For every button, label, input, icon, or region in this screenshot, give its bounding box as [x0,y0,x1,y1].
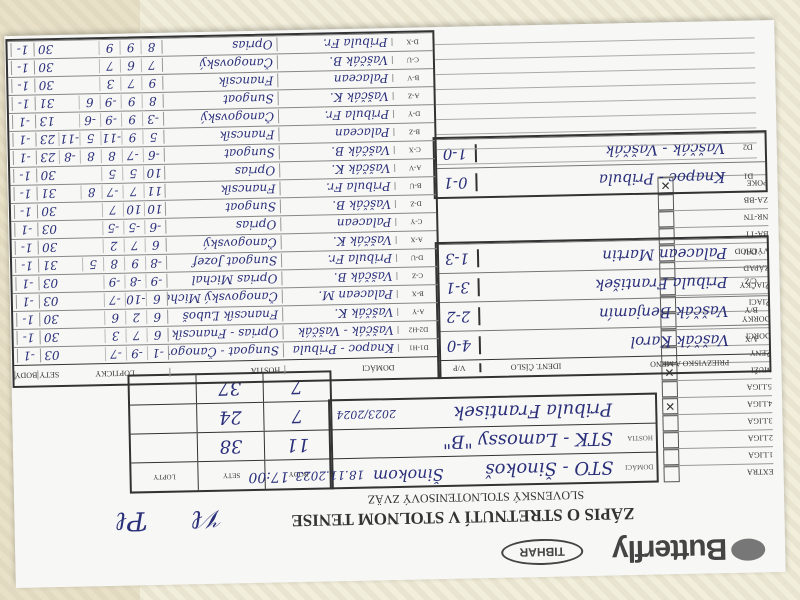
notes-lines [435,37,758,179]
tibhar-logo: TIBHAR [501,538,583,566]
venue: Šinokom [373,465,444,485]
checkbox[interactable] [663,466,679,482]
captain-signature: Ƥℓ [116,505,145,536]
home-balls-total [131,433,198,462]
home-label: DOMÁCI [613,463,656,472]
guest-label: HOSTIA [613,434,656,443]
category-4.liga: 4.LIGA✕ [662,395,772,414]
checkbox[interactable] [658,211,674,227]
scoresheet: Butterfly TIBHAR ZÁPIS O STRETNUTÍ V STO… [4,20,785,588]
referee-name: Pribula Frantisek [396,399,613,425]
match-date: 18.11.2023 [295,468,364,483]
category-extra: EXTRA [663,463,773,482]
checkbox[interactable] [662,415,678,431]
home-sets-total: 38 [197,432,265,461]
federation-name: SLOVENSKÝ STOLNOTENISOVÝ ZVÄZ [367,487,584,507]
category-5.liga: 5.LIGA [662,378,772,397]
guest-body-total: 7 [263,401,331,430]
checkbox[interactable] [658,194,674,210]
form-title: ZÁPIS O STRETNUTÍ V STOLNOM TENISE [291,503,634,530]
checkbox[interactable] [662,381,678,397]
guest-balls-total [130,404,197,433]
match-results-table: DOMÁCI HOSTIA LOPTICKY SETY BODY D1-H1Kn… [5,30,441,388]
butterfly-mark-icon [731,538,765,561]
home-col-header: DOMÁCI [284,363,399,374]
guest-team: STK - Lamossy "B" [331,428,613,455]
checkbox[interactable] [663,432,679,448]
checkbox[interactable]: ✕ [662,398,678,414]
season: 2023/2024 [330,408,396,422]
body-col-header: BODY [14,371,37,380]
category-1.liga: 1.LIGA [663,446,773,465]
match-time: 17:00 [248,468,289,485]
brand-bar: Butterfly TIBHAR [501,530,765,570]
referee-signature: 𝒱ℓ [192,503,225,535]
category-2.liga: 2.LIGA [663,429,773,448]
guest-sets-total: 24 [196,403,264,432]
guest-col-header: HOSTIA [170,366,285,377]
sets-col-header: LOPTICKY [60,368,170,379]
category-3.liga: 3.LIGA [662,412,772,431]
checkbox[interactable] [663,449,679,465]
home-body-total: 11 [264,430,332,459]
home-roster: PRIEZVISKO A MENO IDENT. ČÍSLO V/P A/XVa… [435,235,772,379]
category-nr-tn: NR-TN [658,208,768,227]
butterfly-logo: Butterfly [613,530,766,567]
sety-col-header: SETY [37,371,60,380]
